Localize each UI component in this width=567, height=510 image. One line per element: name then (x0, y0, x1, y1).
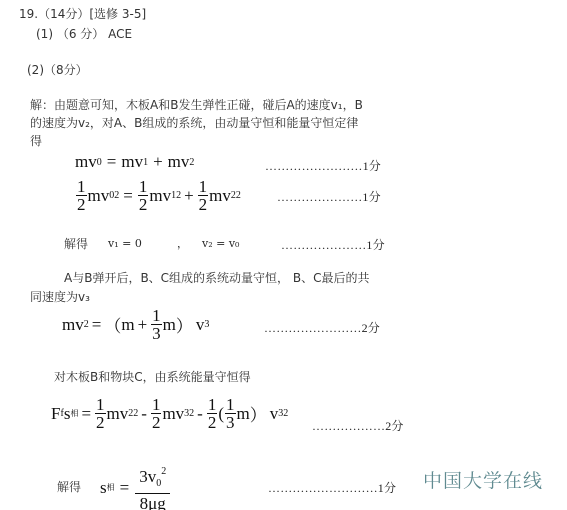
watermark-logo: 中国大学在线 (423, 466, 543, 493)
solution-intro-line1: 解：由题意可知，木板A和B发生弹性正碰，碰后A的速度v₁，B (30, 97, 363, 113)
para2-line1: A与B弹开后，B、C组成的系统动量守恒， B、C最后的共 (64, 270, 369, 286)
result1-v1: v₁ = 0 (108, 236, 142, 252)
result1-comma: ， (177, 236, 188, 252)
score-eq1: ……………………1分 (265, 157, 381, 174)
equation-energy: 12 mv02 = 12 mv12 + 12 mv22 (75, 178, 241, 213)
result2-formula: s相 = 3v02 8μg (100, 462, 171, 510)
score-eq3: ……………………2分 (264, 319, 380, 336)
solution-intro-line2: 的速度为v₂，对A、B组成的系统，由动量守恒和能量守恒定律 (30, 115, 358, 131)
score-result1: …………………1分 (281, 236, 385, 253)
equation-energy-friction: Ffs相 = 12 mv22 - 12 mv32 - 12 ( 13 m） v3… (51, 396, 288, 431)
para2-line2: 同速度为v₃ (30, 289, 90, 305)
score-eq2: …………………1分 (277, 188, 381, 205)
score-result2: ………………………1分 (268, 479, 396, 496)
equation-bc-momentum: mv2 = （m + 13 m） v3 (62, 307, 209, 342)
solution-intro-line3: 得 (30, 133, 42, 149)
part1-answer: (1) （6 分） ACE (36, 26, 132, 42)
score-eq4: ………………2分 (312, 417, 404, 434)
para3: 对木板B和物块C，由系统能量守恒得 (54, 369, 251, 385)
question-header: 19.（14分）[选修 3-5] (19, 6, 146, 22)
result1-v2: v₂ = v₀ (202, 236, 239, 252)
part2-header: (2)（8分） (27, 62, 88, 78)
equation-momentum: mv0 = mv1 + mv2 (75, 152, 194, 172)
result2-label: 解得 (57, 479, 81, 495)
result1-label: 解得 (64, 236, 88, 252)
